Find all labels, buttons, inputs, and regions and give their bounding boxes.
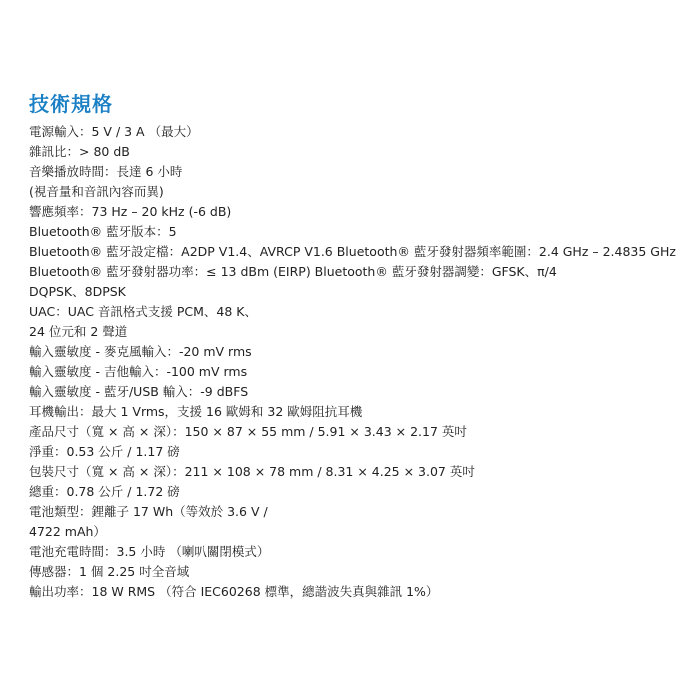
spec-transducer: 傳感器：1 個 2.25 吋全音域: [29, 562, 689, 582]
spec-title: 技術規格: [29, 88, 113, 117]
spec-gross-weight: 總重：0.78 公斤 / 1.72 磅: [29, 482, 689, 502]
spec-bluetooth-power: Bluetooth® 藍牙發射器功率：≤ 13 dBm (EIRP) Bluet…: [29, 262, 689, 282]
spec-list: 電源輸入：5 V / 3 A （最大） 雜訊比：> 80 dB 音樂播放時間：長…: [29, 122, 689, 602]
spec-bluetooth-modulation-cont: DQPSK、8DPSK: [29, 282, 689, 302]
spec-power-input: 電源輸入：5 V / 3 A （最大）: [29, 122, 689, 142]
spec-charge-time: 電池充電時間：3.5 小時 （喇叭關閉模式）: [29, 542, 689, 562]
spec-frequency-response: 響應頻率：73 Hz – 20 kHz (-6 dB): [29, 202, 689, 222]
spec-snr: 雜訊比：> 80 dB: [29, 142, 689, 162]
spec-headphone-output: 耳機輸出：最大 1 Vrms，支援 16 歐姆和 32 歐姆阻抗耳機: [29, 402, 689, 422]
spec-playtime: 音樂播放時間：長達 6 小時: [29, 162, 689, 182]
spec-battery-type-cont: 4722 mAh）: [29, 522, 689, 542]
spec-uac: UAC：UAC 音訊格式支援 PCM、48 K、: [29, 302, 689, 322]
spec-bt-usb-sensitivity: 輸入靈敏度 - 藍牙/USB 輸入：-9 dBFS: [29, 382, 689, 402]
spec-net-weight: 淨重：0.53 公斤 / 1.17 磅: [29, 442, 689, 462]
spec-bluetooth-version: Bluetooth® 藍牙版本：5: [29, 222, 689, 242]
spec-playtime-note: (視音量和音訊內容而異): [29, 182, 689, 202]
spec-battery-type: 電池類型：鋰離子 17 Wh（等效於 3.6 V /: [29, 502, 689, 522]
spec-uac-cont: 24 位元和 2 聲道: [29, 322, 689, 342]
spec-package-dimensions: 包裝尺寸（寬 × 高 × 深）：211 × 108 × 78 mm / 8.31…: [29, 462, 689, 482]
spec-bluetooth-profile: Bluetooth® 藍牙設定檔：A2DP V1.4、AVRCP V1.6 Bl…: [29, 242, 689, 262]
spec-mic-sensitivity: 輸入靈敏度 - 麥克風輸入：-20 mV rms: [29, 342, 689, 362]
spec-guitar-sensitivity: 輸入靈敏度 - 吉他輸入：-100 mV rms: [29, 362, 689, 382]
spec-output-power: 輸出功率：18 W RMS （符合 IEC60268 標準，總諧波失真與雜訊 1…: [29, 582, 689, 602]
spec-product-dimensions: 產品尺寸（寬 × 高 × 深）：150 × 87 × 55 mm / 5.91 …: [29, 422, 689, 442]
